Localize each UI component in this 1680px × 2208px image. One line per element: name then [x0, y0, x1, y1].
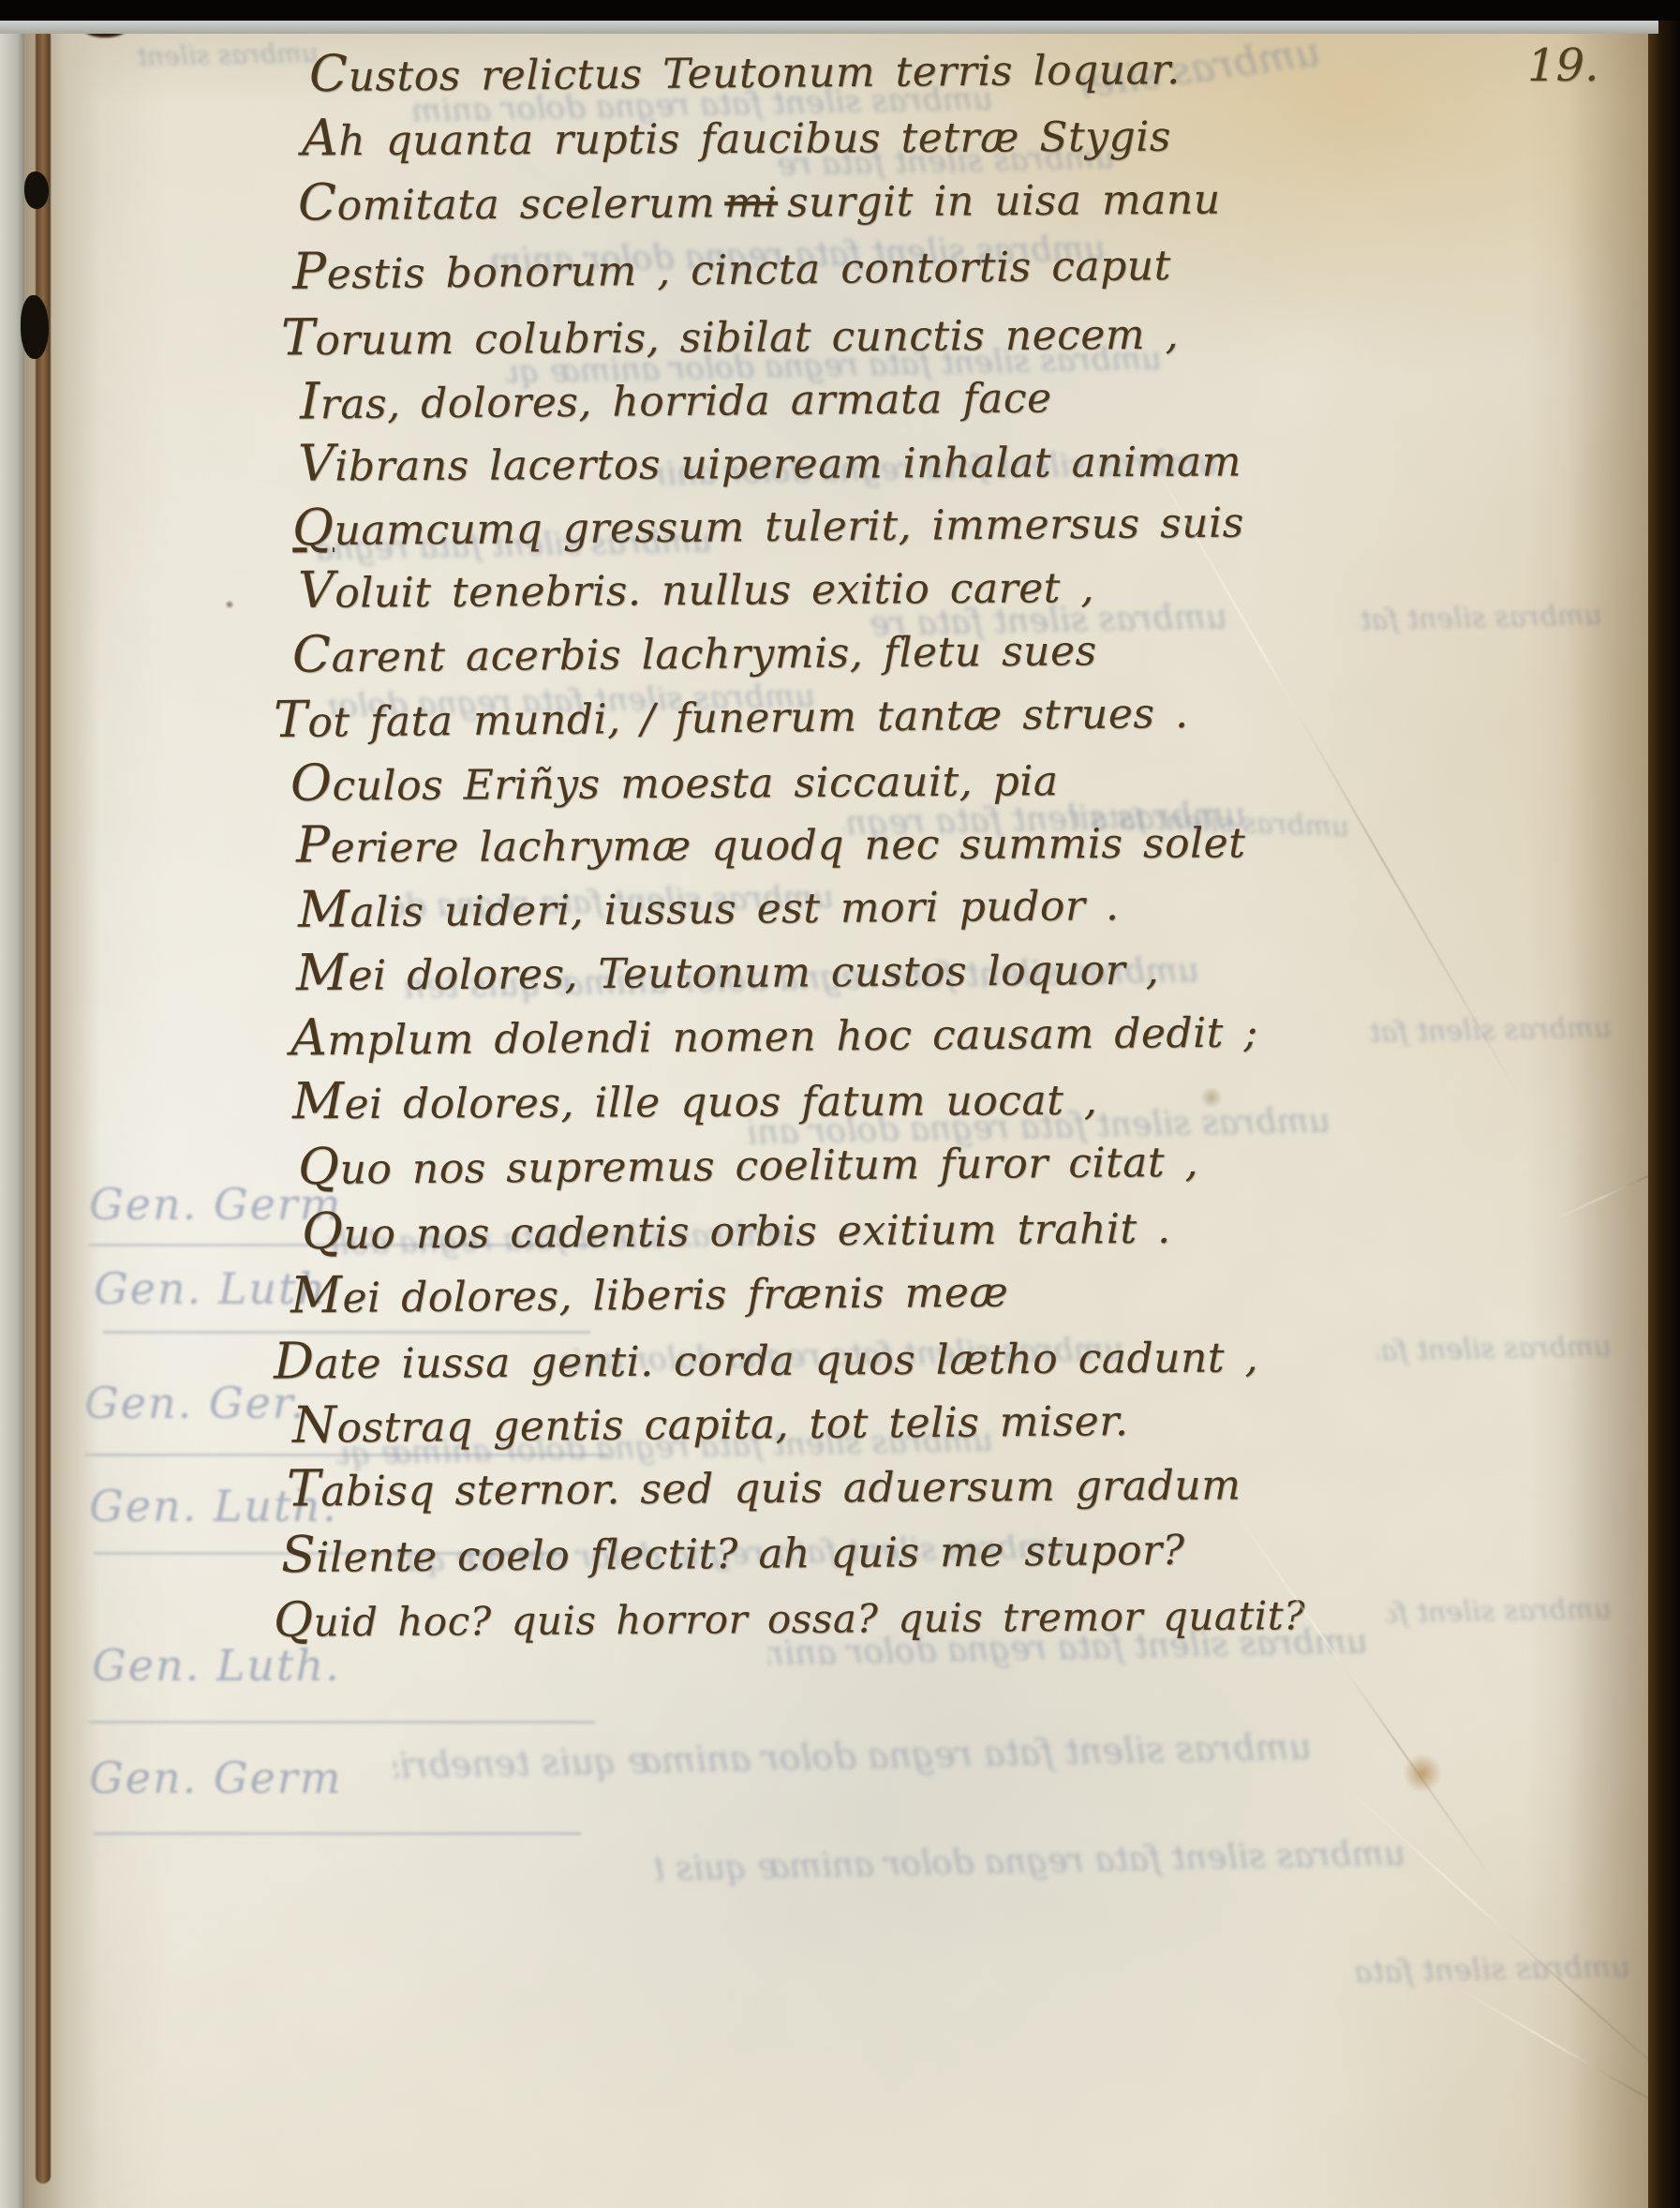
verse-line: Iras, dolores, horrida armata face — [300, 369, 1052, 426]
verse-line: Quid hoc? quis horror ossa? quis tremor … — [274, 1589, 1305, 1645]
scan-background — [0, 0, 1680, 21]
manuscript-scan: umbras silent fata regna dolor animæ qui… — [0, 0, 1680, 2208]
margin-ghost-rule — [94, 1832, 581, 1835]
verse-line: Quo nos supremus coelitum furor citat , — [298, 1134, 1198, 1192]
verse-line: Carent acerbis lachrymis, fletu sues — [292, 622, 1097, 679]
book-block-edge — [0, 19, 24, 2208]
book-cover-edge — [1648, 0, 1680, 2208]
binding-knot — [21, 295, 49, 359]
book-block-top-edge — [0, 21, 1658, 34]
stain — [1199, 1087, 1224, 1108]
margin-note: Gen. Ger. — [84, 1378, 305, 1428]
verse-line: Vibrans lacertos uipeream inhalat animam — [298, 433, 1241, 488]
verse-line: Quo nos cadentis orbis exitium trahit . — [302, 1201, 1171, 1257]
verse-line: Oculos Eriñys moesta siccauit, pia — [290, 753, 1059, 808]
verse-line: Date iussa genti. corda quos lætho cadun… — [274, 1329, 1258, 1386]
stain — [1402, 1754, 1443, 1792]
verse-line: Ah quanta ruptis faucibus tetræ Stygis — [302, 109, 1171, 164]
margin-ghost-rule — [84, 1454, 609, 1456]
verse-line: Pestis bonorum , cincta contortis caput — [292, 237, 1171, 297]
page-edge-shadow — [1567, 0, 1651, 2208]
verse-line: Quamcumq gressum tulerit, immersus suis — [292, 495, 1244, 554]
verse-line: Toruum colubris, sibilat cunctis necem , — [281, 306, 1179, 363]
verse-line: Nostraq gentis capita, tot telis miser. — [292, 1393, 1129, 1450]
verse-line: Mei dolores, ille quos fatum uocat , — [292, 1072, 1098, 1126]
verse-line: Mei dolores, liberis frænis meæ — [290, 1264, 1009, 1320]
binding-knot — [24, 172, 49, 209]
verse-line: Periere lachrymæ quodq nec summis solet — [296, 814, 1246, 870]
verse-line: Comitata scelerummisurgit in uisa manu — [298, 172, 1221, 229]
verse-line: Voluit tenebris. nullus exitio caret , — [298, 559, 1094, 616]
verse-line: Custos relictus Teutonum terris loquar. — [309, 41, 1181, 99]
stain — [225, 600, 234, 609]
verse-line: Mei dolores, Teutonum custos loquor , — [296, 942, 1159, 998]
margin-ghost-rule — [89, 1721, 595, 1723]
verse-line: Malis uideri, iussus est mori pudor . — [298, 877, 1120, 934]
verse-segment: Comitata scelerum — [298, 179, 716, 230]
verse-line: Tabisq sternor. sed quis aduersum gradum — [287, 1456, 1241, 1514]
struck-word: mi — [724, 179, 778, 227]
verse-line: Tot fata mundi, / funerum tantæ strues . — [274, 685, 1189, 745]
verse-segment: surgit in uisa manu — [787, 176, 1221, 227]
verse-line: Silente coelo flectit? ah quis me stupor… — [281, 1522, 1185, 1580]
margin-note: Gen. Germ — [89, 1753, 342, 1803]
margin-ghost-rule — [103, 1331, 590, 1334]
verse-line: Amplum dolendi nomen hoc causam dedit ; — [290, 1004, 1258, 1063]
